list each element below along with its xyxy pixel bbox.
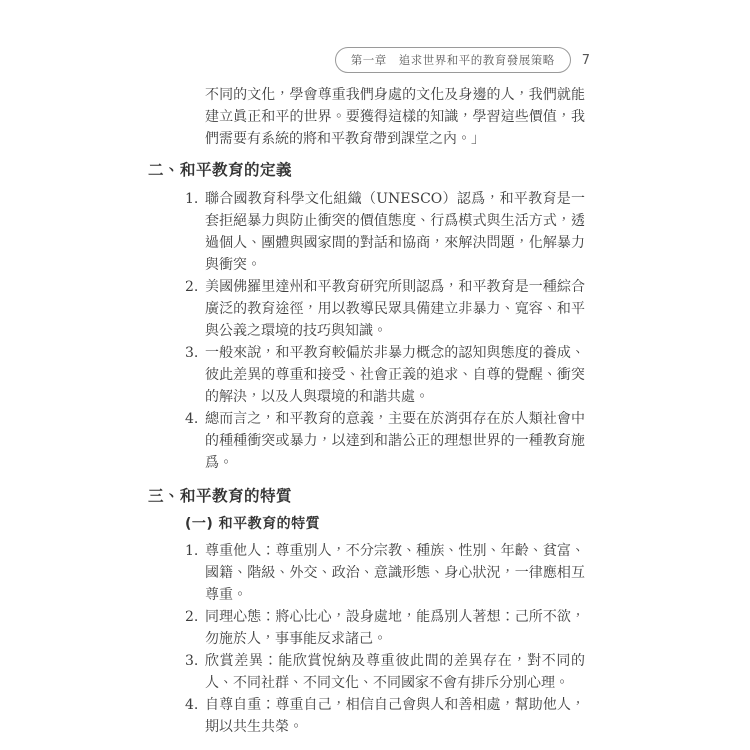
chapter-label: 第一章 <box>351 53 387 67</box>
item-number: 4. <box>185 408 205 430</box>
running-header: 第一章追求世界和平的教育發展策略 7 <box>335 47 590 73</box>
list-item: 4. 自尊自重：尊重自己，相信自己會與人和善相處，幫助他人，期以共生共榮。 <box>185 694 585 738</box>
item-number: 1. <box>185 188 205 210</box>
item-text: 尊重他人：尊重別人，不分宗教、種族、性別、年齡、貧富、國籍、階級、外交、政治、意… <box>205 540 585 606</box>
list-item: 1. 聯合國教育科學文化組織（UNESCO）認爲，和平教育是一套拒絕暴力與防止衝… <box>185 188 585 276</box>
item-text: 聯合國教育科學文化組織（UNESCO）認爲，和平教育是一套拒絕暴力與防止衝突的價… <box>205 188 585 276</box>
item-text: 自尊自重：尊重自己，相信自己會與人和善相處，幫助他人，期以共生共榮。 <box>205 694 585 738</box>
traits-list: 1. 尊重他人：尊重別人，不分宗教、種族、性別、年齡、貧富、國籍、階級、外交、政… <box>185 540 585 738</box>
item-number: 4. <box>185 694 205 716</box>
definition-list: 1. 聯合國教育科學文化組織（UNESCO）認爲，和平教育是一套拒絕暴力與防止衝… <box>185 188 585 474</box>
page-number: 7 <box>582 53 590 68</box>
item-number: 3. <box>185 650 205 672</box>
item-number: 2. <box>185 606 205 628</box>
page-content: 不同的文化，學會尊重我們身處的文化及身邊的人，我們就能建立眞正和平的世界。要獲得… <box>148 84 585 738</box>
section-heading-definition: 二、和平教育的定義 <box>148 160 585 180</box>
list-item: 4. 總而言之，和平教育的意義，主要在於消弭存在於人類社會中的種種衝突或暴力，以… <box>185 408 585 474</box>
list-item: 3. 欣賞差異：能欣賞悅納及尊重彼此間的差異存在，對不同的人、不同社群、不同文化… <box>185 650 585 694</box>
item-text: 同理心態：將心比心，設身處地，能爲別人著想：己所不欲，勿施於人，事事能反求諸己。 <box>205 606 585 650</box>
intro-paragraph: 不同的文化，學會尊重我們身處的文化及身邊的人，我們就能建立眞正和平的世界。要獲得… <box>205 84 585 150</box>
list-item: 3. 一般來說，和平教育較偏於非暴力概念的認知與態度的養成、彼此差異的尊重和接受… <box>185 342 585 408</box>
item-text: 美國佛羅里達州和平教育研究所則認爲，和平教育是一種綜合廣泛的教育途徑，用以教導民… <box>205 276 585 342</box>
item-text: 欣賞差異：能欣賞悅納及尊重彼此間的差異存在，對不同的人、不同社群、不同文化、不同… <box>205 650 585 694</box>
item-number: 2. <box>185 276 205 298</box>
subsection-heading-traits: (一) 和平教育的特質 <box>185 514 585 534</box>
list-item: 2. 美國佛羅里達州和平教育研究所則認爲，和平教育是一種綜合廣泛的教育途徑，用以… <box>185 276 585 342</box>
section-heading-traits: 三、和平教育的特質 <box>148 486 585 506</box>
chapter-header-pill: 第一章追求世界和平的教育發展策略 <box>335 47 571 73</box>
item-number: 3. <box>185 342 205 364</box>
list-item: 1. 尊重他人：尊重別人，不分宗教、種族、性別、年齡、貧富、國籍、階級、外交、政… <box>185 540 585 606</box>
item-number: 1. <box>185 540 205 562</box>
list-item: 2. 同理心態：將心比心，設身處地，能爲別人著想：己所不欲，勿施於人，事事能反求… <box>185 606 585 650</box>
book-page: 第一章追求世界和平的教育發展策略 7 不同的文化，學會尊重我們身處的文化及身邊的… <box>0 0 750 750</box>
item-text: 總而言之，和平教育的意義，主要在於消弭存在於人類社會中的種種衝突或暴力，以達到和… <box>205 408 585 474</box>
item-text: 一般來說，和平教育較偏於非暴力概念的認知與態度的養成、彼此差異的尊重和接受、社會… <box>205 342 585 408</box>
chapter-title: 追求世界和平的教育發展策略 <box>399 53 555 67</box>
